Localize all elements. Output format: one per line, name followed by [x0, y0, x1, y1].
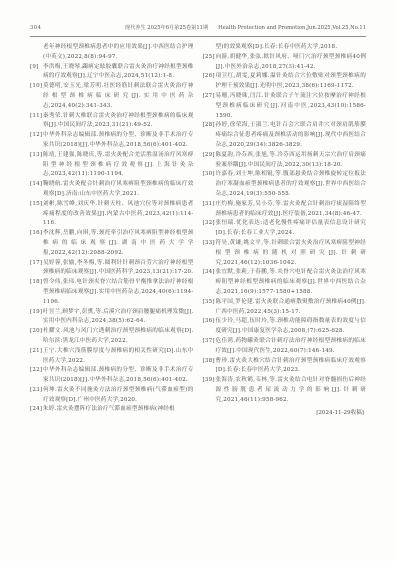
reference-entry: [33] 符昊,黄谦,姚文平,等.针刺联合雷火灸治疗风寒痹阻型神经根型颈椎病的随… — [203, 239, 367, 268]
reference-entry: [18] 曾令伟,张玮.电针颈夹脊穴结合筋骨平衡推拿法治疗神经根型颈椎病临床观察… — [30, 278, 194, 307]
reference-entry: [23] 何坤.雷火灸不同施灸方法治疗颈型颈椎病(气滞血瘀型)的疗效观察[D].… — [30, 386, 194, 406]
journal-issue-en: Health Protection and Promotion,Jun.2025… — [218, 25, 366, 32]
reference-entry: [38] 曹珍.雷火灸大椎穴结合针刺治疗颈型颈椎病临床疗效观察[D].长春:长春… — [203, 357, 367, 377]
reference-entry: [26] 项卫红,胡雯,夏莉娜.温针灸结合穴位敷贴对颈型颈椎病的护理干预效果[J… — [203, 72, 367, 92]
reference-entry: 老年神经根型颈椎病患者中的应用效果[J].中西医结合护理(中英文),2022,8… — [30, 43, 194, 63]
reference-text: 王宁.大椎穴浅筋膜厚度与颈椎病的相关性研究[D].山东中医药大学,2022. — [43, 348, 194, 364]
reference-text: 朱婷.雷火灸摆阵疗法治疗气滞血瘀型颈椎病(神经根 — [43, 406, 175, 412]
reference-number: [31] — [203, 200, 215, 210]
reference-number: [28] — [203, 121, 215, 131]
reference-number: [33] — [203, 239, 215, 249]
reference-entry: [24] 朱婷.雷火灸摆阵疗法治疗气滞血瘀型颈椎病(神经根 — [30, 405, 194, 415]
reference-number: [11] — [30, 112, 42, 122]
reference-entry: [13] 陈靖,王建强,陈晓庆,等.雷火灸配合羌活胜湿汤治疗风寒痹阻型神经根型颈… — [30, 151, 194, 180]
reference-text: 张恒瑞.优化表达:适老化慢性疼痛评估量表信息设计研究[D].长春:长春工业大学,… — [216, 220, 367, 236]
reference-text: 鞠晓航.雷火灸配合针刺治疗风寒痹阻型颈椎病的临床疗效观察[D].济南:山东中医药… — [43, 181, 194, 197]
reference-number: [19] — [30, 308, 42, 318]
references-column-left: 老年神经根型颈椎病患者中的应用效果[J].中西医结合护理(中英文),2022,8… — [30, 43, 194, 419]
reference-number: [25] — [203, 53, 215, 63]
reference-number: [34] — [203, 268, 215, 278]
reference-text: 何坤.雷火灸不同施灸方法治疗颈型颈椎病(气滞血瘀型)的疗效观察[D].广州中医药… — [43, 387, 194, 403]
header-divider — [30, 36, 366, 37]
reference-text: 吴婷蓉,张愉,李冬梅,等.圆利针针刺颈百劳穴治疗神经根型颈椎病的临床观察[J].… — [43, 260, 194, 276]
reference-text: 项卫红,胡雯,夏莉娜.温针灸结合穴位敷贴对颈型颈椎病的护理干预效果[J].光明中… — [216, 73, 367, 89]
journal-page: 304 现代养生 2025年6月第25卷第11期 Health Protecti… — [0, 0, 396, 561]
reference-entry: [10] 莫德明,安玉光,梁芳明.壮医经筋针刺法联合雷火灸治疗神经根型颈椎病临床… — [30, 82, 194, 111]
reference-text: 许嘉春,刘士坤,陈相锟,等.腹部悬灸结合颈椎旋转定位扳法治疗寒凝血瘀型颈椎病患者… — [216, 171, 367, 197]
running-header: 304 现代养生 2025年6月第25卷第11期 Health Protecti… — [30, 25, 366, 32]
reference-entry: [21] 王宁.大椎穴浅筋膜厚度与颈椎病的相关性研究[D].山东中医药大学,20… — [30, 347, 194, 367]
reference-number: [18] — [30, 278, 42, 288]
reference-text: 杜耀文.风池与风门穴透刺治疗颈型颈椎病的临床观察[D].哈尔滨:黑龙江中医药大学… — [43, 328, 194, 344]
reference-number: [36] — [203, 317, 215, 327]
reference-text: 伍少玲,马超,伍时玲,等.颈椎功能障碍指数量表的效度与信度研究[J].中国康复医… — [216, 318, 367, 334]
reference-number: [35] — [203, 298, 215, 308]
reference-number: [27] — [203, 92, 215, 102]
reference-number: [38] — [203, 357, 215, 367]
reference-entry: [15] 刘彬,陈雪峰,刘庆华.针刺天柱、风池穴位等对颈椎病患者疼痛程度的改善效… — [30, 200, 194, 229]
reference-entry: [27] 易珊,冯晓珠,闫江.针灸联合子午流注穴位按摩治疗神经根型颈椎病临床研究… — [203, 92, 367, 121]
reference-number: [14] — [30, 180, 42, 190]
reference-text: 老年神经根型颈椎病患者中的应用效果[J].中西医结合护理(中英文),2022,8… — [43, 44, 194, 60]
reference-text: 陈夏韵,冷芬西,张旭,等.冷芬西运用扬刺天宗穴治疗肩颈痛验案举隅[J].中国民间… — [216, 152, 367, 168]
reference-number: [12] — [30, 131, 42, 141]
reference-text: 庄灼梅,施家芳,吴小芬,等.雷火灸配合针刺治疗痰湿阻络型颈椎病患者的临床疗效[J… — [216, 201, 367, 217]
reference-text: 曹珍.雷火灸大椎穴结合针刺治疗颈型颈椎病临床疗效观察[D].长春:长春中医药大学… — [216, 358, 367, 374]
reference-entry: [25] 向游,胡健华,张弦.揿针风府、哑门穴治疗颈型颈椎病40例[J].中医外… — [203, 53, 367, 73]
reference-text: 刘彬,陈雪峰,刘庆华.针刺天柱、风池穴位等对颈椎病患者疼痛程度的改善效果[J].… — [43, 201, 194, 227]
reference-list: 老年神经根型颈椎病患者中的应用效果[J].中西医结合护理(中英文),2022,8… — [30, 43, 366, 419]
received-date: [2024-11-29收稿] — [203, 409, 367, 419]
reference-entry: [34] 张宜默,张莉,于春鹏,等.夹脊穴电针配合雷火灸法治疗风寒痹阻型神经根型… — [203, 268, 367, 297]
reference-number: [13] — [30, 151, 42, 161]
reference-text: 向游,胡健华,张弦.揿针风府、哑门穴治疗颈型颈椎病40例[J].中医外治杂志,2… — [216, 54, 367, 70]
reference-number: [39] — [203, 376, 215, 386]
reference-entry: [12] 中华外科杂志编辑部.颈椎病的分型、诊断及非手术治疗专家共识(2018)… — [30, 131, 194, 151]
reference-entry: [35] 陈平国,罗伦建.雷火灸联合通痹散熨敷治疗颈椎病40例[J].广西中医药… — [203, 298, 367, 318]
reference-text: 张海涛,农秋鹤,韦林,等.雷火灸结合电针对脊髓损伤后神经源性膀胱患者尿流动力学的… — [216, 377, 367, 403]
reference-number: [26] — [203, 72, 215, 82]
reference-entry: [17] 吴婷蓉,张愉,李冬梅,等.圆利针针刺颈百劳穴治疗神经根型颈椎病的临床观… — [30, 259, 194, 279]
reference-number: [21] — [30, 347, 42, 357]
reference-text: 中华外科杂志编辑部.颈椎病的分型、诊断及非手术治疗专家共识(2018)[J].中… — [43, 132, 194, 148]
reference-number: [29] — [203, 151, 215, 161]
journal-info: 现代养生 2025年6月第25卷第11期 Health Protection a… — [125, 25, 366, 32]
reference-text: 李洪梅,王晓琴.蠲痹定眩胶囊联合雷火灸治疗神经根型颈椎病的疗效观察[J].辽宁中… — [43, 64, 194, 80]
references-column-right: 型)的效果观察[D].长春:长春中医药大学,2018. [25] 向游,胡健华,… — [203, 43, 367, 419]
reference-number: [17] — [30, 259, 42, 269]
reference-number: [10] — [30, 82, 42, 92]
reference-entry: [16] 李沈辉,岳鹏,向琪,等.颈托牵引治疗风寒痹阻型神经根型颈椎病的临床观察… — [30, 229, 194, 258]
reference-entry: [32] 张恒瑞.优化表达:适老化慢性疼痛评估量表信息设计研究[D].长春:长春… — [203, 219, 367, 239]
reference-entry: [29] 陈夏韵,冷芬西,张旭,等.冷芬西运用扬刺天宗穴治疗肩颈痛验案举隅[J]… — [203, 151, 367, 171]
reference-number: [37] — [203, 337, 215, 347]
reference-text: 李沈辉,岳鹏,向琪,等.颈托牵引治疗风寒痹阻型神经根型颈椎病的临床观察[J].湖… — [43, 230, 194, 256]
reference-entry: [22] 中华外科杂志编辑部.颈椎病的分型、诊断及非手术治疗专家共识(2018)… — [30, 366, 194, 386]
reference-entry: [9] 李洪梅,王晓琴.蠲痹定眩胶囊联合雷火灸治疗神经根型颈椎病的疗效观察[J]… — [30, 63, 194, 83]
reference-entry: [31] 庄灼梅,施家芳,吴小芬,等.雷火灸配合针刺治疗痰湿阻络型颈椎病患者的临… — [203, 200, 367, 220]
reference-number: [24] — [30, 405, 42, 415]
reference-text: 张宜默,张莉,于春鹏,等.夹脊穴电针配合雷火灸法治疗风寒痹阻型神经根型颈椎病的临… — [216, 269, 367, 295]
reference-text: 秦秀荣.针刺大椎联合雷火灸治疗神经根型颈椎病的临床观察[J].中国民间疗法,20… — [43, 113, 194, 129]
reference-entry: [11] 秦秀荣.针刺大椎联合雷火灸治疗神经根型颈椎病的临床观察[J].中国民间… — [30, 112, 194, 132]
reference-entry: [37] 危佳鸿.药物罐灸联合针刺疗法治疗神经根型颈椎病的临床疗效[J].中国现… — [203, 337, 367, 357]
reference-number: [16] — [30, 229, 42, 239]
reference-text: 孙婷,徐荣海,王淑兰.电针百会穴联合肩井穴对颈肩肌筋膜疼痛综合征患者疼痛及颈椎活… — [216, 122, 367, 148]
reference-text: 叶昱兰,顾梦宇,彭熏,等.后溪穴治疗颈肩腰腿痛机理发微[J].实用中医内科杂志,… — [43, 309, 194, 325]
reference-text: 易珊,冯晓珠,闫江.针灸联合子午流注穴位按摩治疗神经根型颈椎病临床研究[J].河… — [216, 93, 367, 119]
reference-entry: [39] 张海涛,农秋鹤,韦林,等.雷火灸结合电针对脊髓损伤后神经源性膀胱患者尿… — [203, 376, 367, 405]
reference-text: 陈平国,罗伦建.雷火灸联合通痹散熨敷治疗颈椎病40例[J].广西中医药,2022… — [216, 299, 367, 315]
reference-entry: [20] 杜耀文.风池与风门穴透刺治疗颈型颈椎病的临床观察[D].哈尔滨:黑龙江… — [30, 327, 194, 347]
reference-number: [22] — [30, 366, 42, 376]
reference-text: 中华外科杂志编辑部.颈椎病的分型、诊断及非手术治疗专家共识(2018)[J].中… — [43, 367, 194, 383]
reference-text: 危佳鸿.药物罐灸联合针刺疗法治疗神经根型颈椎病的临床疗效[J].中国现代医生,2… — [216, 338, 367, 354]
reference-number: [20] — [30, 327, 42, 337]
reference-entry: [14] 鞠晓航.雷火灸配合针刺治疗风寒痹阻型颈椎病的临床疗效观察[D].济南:… — [30, 180, 194, 200]
reference-entry: [30] 许嘉春,刘士坤,陈相锟,等.腹部悬灸结合颈椎旋转定位扳法治疗寒凝血瘀型… — [203, 170, 367, 199]
page-number: 304 — [30, 25, 41, 32]
reference-entry: [19] 叶昱兰,顾梦宇,彭熏,等.后溪穴治疗颈肩腰腿痛机理发微[J].实用中医… — [30, 308, 194, 328]
reference-text: 符昊,黄谦,姚文平,等.针刺联合雷火灸治疗风寒痹阻型神经根型颈椎病的随机对照研究… — [216, 240, 367, 266]
reference-number: [30] — [203, 170, 215, 180]
reference-text: 曾令伟,张玮.电针颈夹脊穴结合筋骨平衡推拿法治疗神经根型颈椎病临床观察[J].实… — [43, 279, 194, 305]
reference-text: 莫德明,安玉光,梁芳明.壮医经筋针刺法联合雷火灸治疗神经根型颈椎病临床研究[J]… — [43, 83, 194, 109]
reference-number: [23] — [30, 386, 42, 396]
reference-text: 型)的效果观察[D].长春:长春中医药大学,2018. — [216, 44, 338, 50]
reference-number: [9] — [30, 63, 39, 73]
reference-number: [15] — [30, 200, 42, 210]
reference-entry: [28] 孙婷,徐荣海,王淑兰.电针百会穴联合肩井穴对颈肩肌筋膜疼痛综合征患者疼… — [203, 121, 367, 150]
reference-entry: [36] 伍少玲,马超,伍时玲,等.颈椎功能障碍指数量表的效度与信度研究[J].… — [203, 317, 367, 337]
journal-issue-cn: 现代养生 2025年6月第25卷第11期 — [125, 25, 208, 32]
reference-number: [32] — [203, 219, 215, 229]
reference-entry: 型)的效果观察[D].长春:长春中医药大学,2018. — [203, 43, 367, 53]
reference-text: 陈靖,王建强,陈晓庆,等.雷火灸配合羌活胜湿汤治疗风寒痹阻型神经根型颈椎病疗效观… — [43, 152, 194, 178]
